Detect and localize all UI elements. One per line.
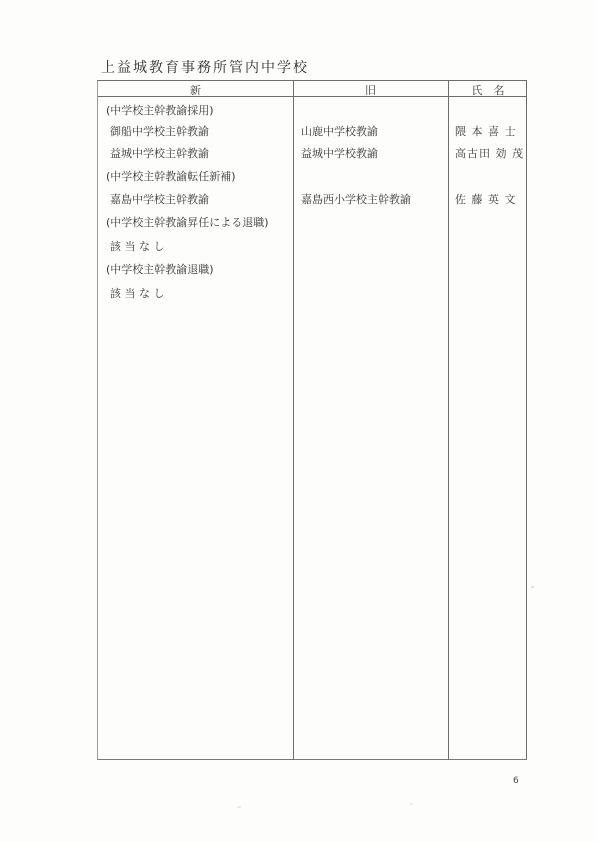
section-label: (中学校主幹教諭昇任による退職): [98, 214, 293, 230]
table-row: 嘉島中学校主幹教諭 嘉島西小学校主幹教諭 佐 藤 英 文: [98, 191, 526, 207]
table-row: (中学校主幹教諭昇任による退職): [98, 214, 526, 230]
old-post-cell: 嘉島西小学校主幹教諭: [293, 191, 448, 207]
new-post-cell: 御船中学校主幹教諭: [98, 123, 293, 139]
table-row: (中学校主幹教諭退職): [98, 261, 526, 277]
name-cell: 隈 本 喜 士: [448, 123, 528, 139]
table-row: (中学校主幹教諭転任新補): [98, 168, 526, 184]
name-cell: 佐 藤 英 文: [448, 191, 528, 207]
document-title: 上益城教育事務所管内中学校: [101, 57, 309, 77]
old-post-cell: 山鹿中学校教諭: [293, 123, 448, 139]
table-row: (中学校主幹教諭採用): [98, 102, 526, 118]
new-post-cell: 益城中学校主幹教諭: [98, 145, 293, 161]
table-row: 該 当 な し: [98, 238, 526, 254]
table-header-row: 新 旧 氏 名: [98, 81, 526, 97]
section-label: (中学校主幹教諭採用): [98, 102, 293, 118]
table-row: 御船中学校主幹教諭 山鹿中学校教諭 隈 本 喜 士: [98, 123, 526, 139]
new-post-cell: 嘉島中学校主幹教諭: [98, 191, 293, 207]
not-applicable-cell: 該 当 な し: [98, 238, 293, 254]
table-row: 該 当 な し: [98, 285, 526, 301]
column-header-old: 旧: [293, 82, 448, 98]
column-header-name: 氏 名: [448, 82, 528, 98]
old-post-cell: 益城中学校教諭: [293, 145, 448, 161]
scan-noise-dot: [410, 803, 413, 805]
not-applicable-cell: 該 当 な し: [98, 285, 293, 301]
personnel-table: 新 旧 氏 名 (中学校主幹教諭採用) 御船中学校主幹教諭 山鹿中学校教諭 隈 …: [97, 80, 527, 760]
scan-noise-dot: [531, 586, 534, 588]
scan-noise-dot: [237, 806, 241, 808]
section-label: (中学校主幹教諭退職): [98, 261, 293, 277]
table-row: 益城中学校主幹教諭 益城中学校教諭 高古田 効 茂: [98, 145, 526, 161]
page-number: 6: [513, 776, 519, 786]
section-label: (中学校主幹教諭転任新補): [98, 168, 293, 184]
document-page: 上益城教育事務所管内中学校 新 旧 氏 名 (中学校主幹教諭採用) 御船中学校主…: [0, 0, 596, 842]
column-header-new: 新: [98, 82, 293, 98]
name-cell: 高古田 効 茂: [448, 145, 528, 161]
